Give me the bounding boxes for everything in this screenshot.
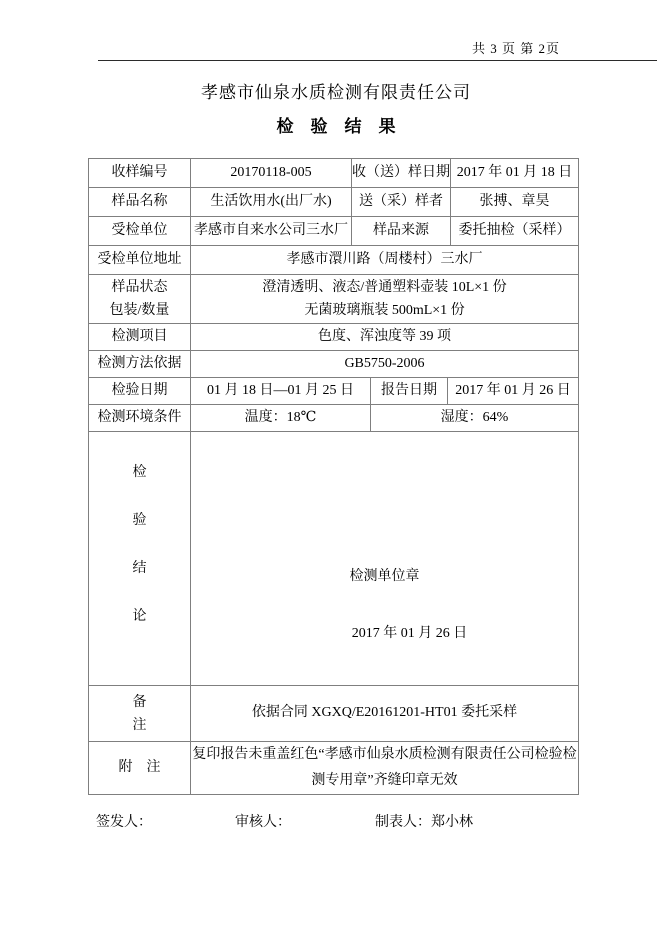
sample-state-value: 澄清透明、液态/普通塑料壶装 10L×1 份 无菌玻璃瓶装 500mL×1 份: [191, 275, 579, 324]
report-page: 共 3 页 第 2页 孝感市仙泉水质检测有限责任公司 检 验 结 果 收样编号 …: [0, 0, 660, 935]
sampler-value: 张搏、章昊: [451, 188, 579, 217]
sample-id-value: 20170118-005: [191, 159, 352, 188]
conclusion-char-3: 结: [133, 562, 147, 576]
row-unit-address: 受检单位地址 孝感市澴川路（周楼村）三水厂: [89, 246, 579, 275]
row-note: 附 注 复印报告未重盖红色“孝感市仙泉水质检测有限责任公司检验检 测专用章”齐缝…: [89, 742, 579, 795]
row-sample-name: 样品名称 生活饮用水(出厂水) 送（采）样者 张搏、章昊: [89, 188, 579, 217]
row-remark: 备 注 依据合同 XGXQ/E20161201-HT01 委托采样: [89, 686, 579, 742]
sample-state-value-line2: 无菌玻璃瓶装 500mL×1 份: [191, 299, 578, 322]
note-value-line2: 测专用章”齐缝印章无效: [191, 768, 578, 794]
test-items-label: 检测项目: [89, 324, 191, 351]
test-date-value: 01 月 18 日—01 月 25 日: [191, 378, 371, 405]
row-conclusion: 检 验 结 论 检测单位章 2017 年 01 月 26 日: [89, 432, 579, 686]
note-label: 附 注: [89, 742, 191, 795]
remark-value: 依据合同 XGXQ/E20161201-HT01 委托采样: [191, 686, 579, 742]
unit-address-value: 孝感市澴川路（周楼村）三水厂: [191, 246, 579, 275]
report-date-label: 报告日期: [371, 378, 448, 405]
sample-name-value: 生活饮用水(出厂水): [191, 188, 352, 217]
sample-state-label: 样品状态 包装/数量: [89, 275, 191, 324]
row-test-items: 检测项目 色度、浑浊度等 39 项: [89, 324, 579, 351]
conclusion-content-cell: 检测单位章 2017 年 01 月 26 日: [191, 432, 579, 686]
preparer-label: 制表人：郑小林: [375, 811, 473, 831]
conclusion-content: 检测单位章 2017 年 01 月 26 日: [191, 432, 578, 685]
remark-label-char-1: 备: [89, 691, 190, 714]
conclusion-char-4: 论: [133, 610, 147, 624]
row-inspected-unit: 受检单位 孝感市自来水公司三水厂 样品来源 委托抽检（采样）: [89, 217, 579, 246]
conclusion-char-2: 验: [133, 514, 147, 528]
row-sample-state: 样品状态 包装/数量 澄清透明、液态/普通塑料壶装 10L×1 份 无菌玻璃瓶装…: [89, 275, 579, 324]
row-test-date: 检验日期 01 月 18 日—01 月 25 日 报告日期 2017 年 01 …: [89, 378, 579, 405]
note-value-line1: 复印报告未重盖红色“孝感市仙泉水质检测有限责任公司检验检: [191, 742, 578, 768]
receive-date-label: 收（送）样日期: [352, 159, 451, 188]
test-items-value: 色度、浑浊度等 39 项: [191, 324, 579, 351]
sample-source-value: 委托抽检（采样）: [451, 217, 579, 246]
report-date-value: 2017 年 01 月 26 日: [448, 378, 579, 405]
conclusion-date: 2017 年 01 月 26 日: [241, 624, 578, 644]
sample-source-label: 样品来源: [352, 217, 451, 246]
page-number: 共 3 页 第 2页: [0, 38, 560, 57]
method-basis-label: 检测方法依据: [89, 351, 191, 378]
issuer-label: 签发人：: [96, 811, 152, 831]
sample-id-label: 收样编号: [89, 159, 191, 188]
unit-address-label: 受检单位地址: [89, 246, 191, 275]
company-name: 孝感市仙泉水质检测有限责任公司: [0, 78, 660, 103]
stamp-unit-label: 检测单位章: [191, 567, 578, 587]
sample-state-label-line1: 样品状态: [89, 276, 190, 299]
note-value: 复印报告未重盖红色“孝感市仙泉水质检测有限责任公司检验检 测专用章”齐缝印章无效: [191, 742, 579, 795]
sampler-label: 送（采）样者: [352, 188, 451, 217]
conclusion-vertical-label: 检 验 结 论: [89, 432, 190, 685]
conclusion-char-1: 检: [133, 466, 147, 480]
sample-state-label-line2: 包装/数量: [89, 299, 190, 322]
environment-humidity: 湿度：64%: [371, 405, 579, 432]
row-sample-id: 收样编号 20170118-005 收（送）样日期 2017 年 01 月 18…: [89, 159, 579, 188]
environment-temperature: 温度：18℃: [191, 405, 371, 432]
receive-date-value: 2017 年 01 月 18 日: [451, 159, 579, 188]
remark-label-char-2: 注: [89, 714, 190, 737]
reviewer-label: 审核人：: [235, 811, 291, 831]
method-basis-value: GB5750-2006: [191, 351, 579, 378]
row-method-basis: 检测方法依据 GB5750-2006: [89, 351, 579, 378]
report-table: 收样编号 20170118-005 收（送）样日期 2017 年 01 月 18…: [88, 158, 579, 795]
remark-label: 备 注: [89, 686, 191, 742]
conclusion-label-cell: 检 验 结 论: [89, 432, 191, 686]
environment-label: 检测环境条件: [89, 405, 191, 432]
test-date-label: 检验日期: [89, 378, 191, 405]
inspected-unit-value: 孝感市自来水公司三水厂: [191, 217, 352, 246]
sample-name-label: 样品名称: [89, 188, 191, 217]
row-environment: 检测环境条件 温度：18℃ 湿度：64%: [89, 405, 579, 432]
header-rule: [98, 60, 657, 61]
sample-state-value-line1: 澄清透明、液态/普通塑料壶装 10L×1 份: [191, 276, 578, 299]
doc-title: 检 验 结 果: [0, 112, 660, 137]
inspected-unit-label: 受检单位: [89, 217, 191, 246]
